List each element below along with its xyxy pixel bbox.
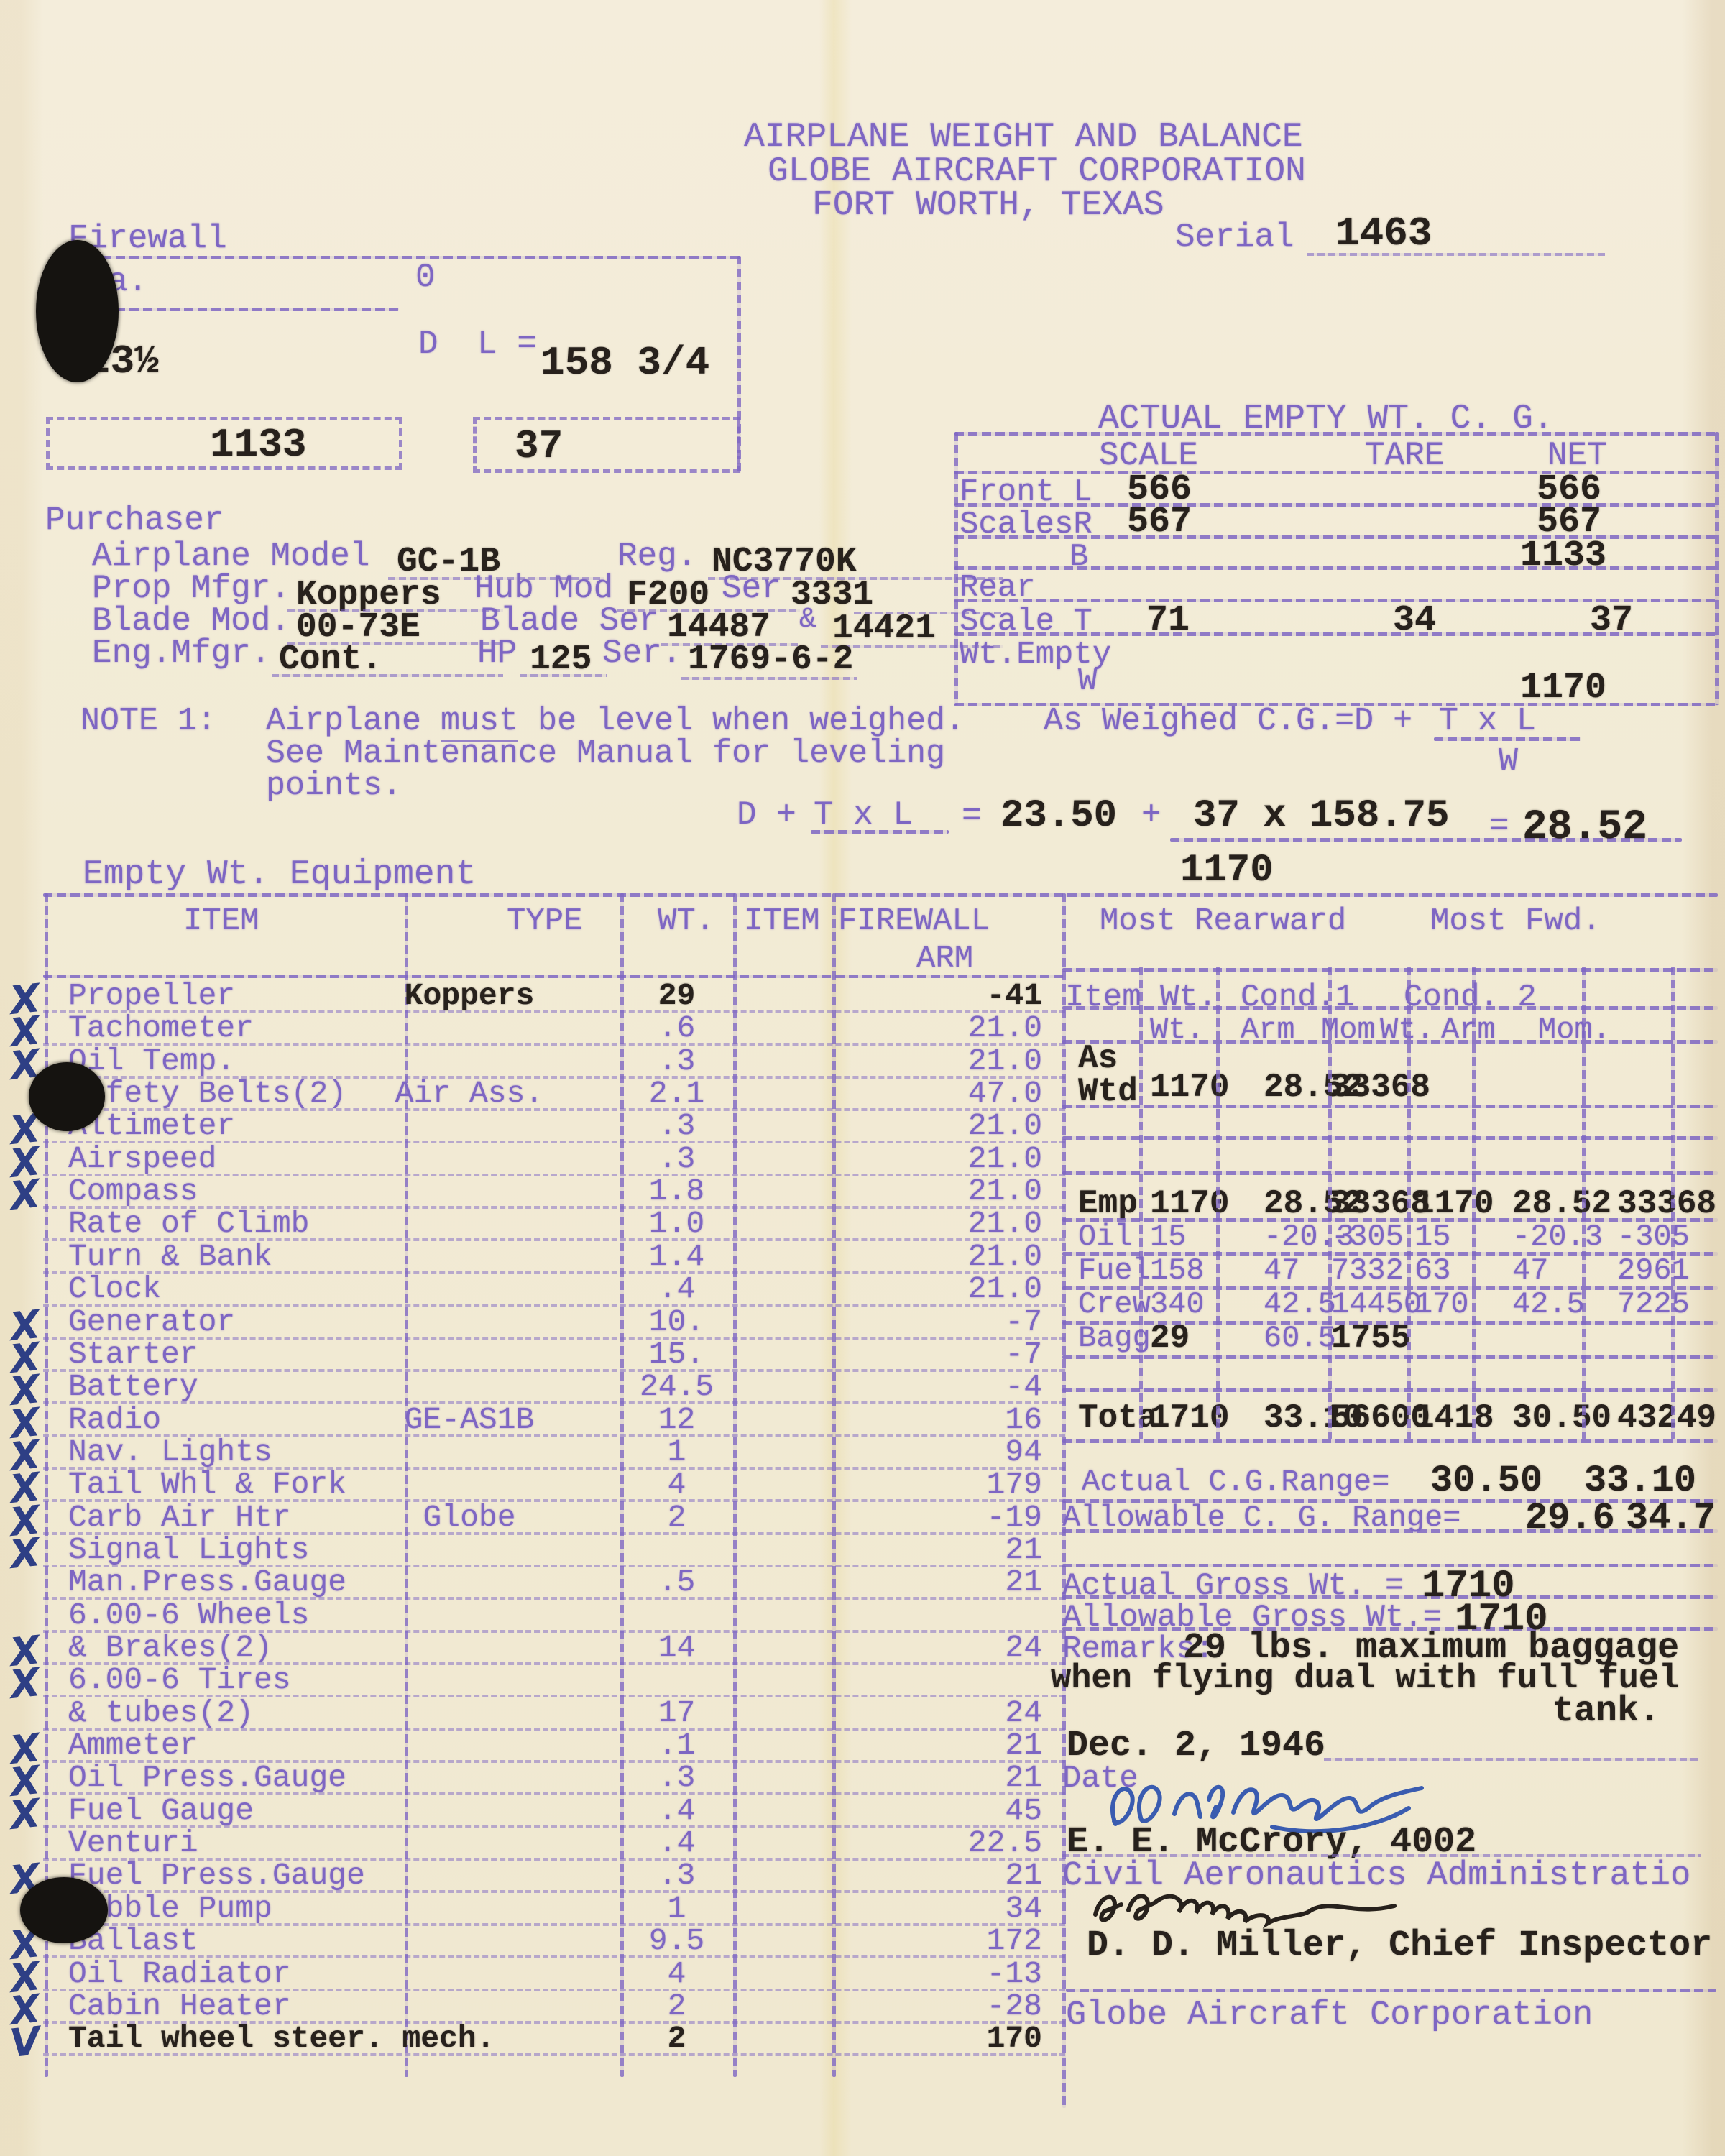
equipment-item: Propeller [68, 980, 235, 1012]
note-line2: See Maintenance Manual for leveling [266, 737, 945, 770]
equipment-row: XTail Whl & Fork4179 [43, 1467, 1065, 1502]
actual-gross-label: Actual Gross Wt. = [1062, 1570, 1404, 1603]
loading-cell: 33368 [1581, 1187, 1716, 1220]
col-scale: SCALE [1099, 438, 1198, 473]
rule [1062, 1388, 1718, 1392]
x-mark: X [8, 1790, 42, 1838]
blade-ser-label: Blade Ser [480, 604, 658, 638]
note-post: be level when weighed. [518, 703, 965, 740]
loading-cell: 63 [1407, 1254, 1450, 1287]
equipment-type: Globe [362, 1501, 577, 1534]
rule [1139, 967, 1143, 1439]
loading-row-label: Fuel [1078, 1254, 1141, 1287]
equipment-row: & tubes(2)1724 [43, 1695, 1065, 1731]
rule [1062, 1171, 1718, 1175]
equipment-firewall-arm: 22.5 [832, 1827, 1071, 1859]
equipment-weight: 4 [620, 1958, 733, 1990]
loading-cell: 29 [1141, 1322, 1190, 1355]
equipment-weight: .3 [620, 1859, 733, 1892]
formula-eq2: = [1489, 809, 1509, 844]
tare-box [473, 417, 740, 473]
equipment-weight: 2 [620, 2022, 733, 2055]
equipment-weight: 15. [620, 1338, 733, 1370]
equipment-row: XAmmeter.121 [43, 1728, 1065, 1763]
equipment-type: Air Ass. [362, 1077, 577, 1110]
loading-cell: 33368 [1328, 1071, 1430, 1104]
equipment-weight: .5 [620, 1566, 733, 1598]
note-line1: Airplane must be level when weighed. [266, 704, 965, 738]
form-title-line1: AIRPLANE WEIGHT AND BALANCE [744, 119, 1303, 155]
loading-row-label: Crew [1078, 1288, 1141, 1321]
loading-cell: 60.5 [1216, 1322, 1336, 1355]
equipment-item: Rate of Climb [68, 1207, 309, 1240]
equipment-item: Safety Belts(2) [68, 1077, 346, 1110]
equipment-item: Oil Press.Gauge [68, 1761, 346, 1794]
check-mark: V [8, 2018, 42, 2066]
equipment-weight: 10. [620, 1306, 733, 1338]
equipment-firewall-arm: 21.0 [832, 1207, 1071, 1240]
row-frontl-label: Front L [960, 476, 1092, 509]
row-scalet-tare: 34 [1393, 602, 1436, 640]
loading-cell: 15 [1141, 1220, 1186, 1253]
rule [681, 677, 857, 680]
equipment-item: Generator [68, 1306, 235, 1338]
equipment-firewall-arm: 21.0 [832, 1175, 1071, 1207]
equipment-weight: .1 [620, 1729, 733, 1761]
equipment-firewall-arm: 34 [832, 1892, 1071, 1925]
rule [1324, 1758, 1698, 1761]
rule [1062, 1218, 1718, 1222]
rule [1062, 1564, 1718, 1567]
equipment-firewall-arm: 179 [832, 1468, 1071, 1501]
equipment-type: Koppers [362, 980, 577, 1012]
row-b-net: 1133 [1520, 538, 1606, 576]
formula-v1: 23.50 [1000, 796, 1117, 837]
airplane-model-label: Airplane Model [92, 539, 369, 573]
rule [811, 830, 949, 834]
allow-cg-1: 29.6 [1525, 1499, 1615, 1539]
footer-company: Globe Aircraft Corporation [1066, 1998, 1593, 2033]
prop-mfgr-label: Prop Mfgr. [92, 571, 290, 606]
equipment-weight: 9.5 [620, 1925, 733, 1957]
actual-cg-1: 30.50 [1430, 1462, 1542, 1501]
rule [1062, 1006, 1718, 1010]
blade-mod-label: Blade Mod. [92, 604, 290, 638]
weight-box-value: 1133 [210, 424, 306, 466]
equipment-item: Cabin Heater [68, 1990, 291, 2022]
equip-header-wt: WT. [658, 905, 714, 938]
equipment-firewall-arm: 21 [832, 1859, 1071, 1892]
note-line3: points. [266, 769, 402, 803]
equipment-firewall-arm: -4 [832, 1370, 1071, 1403]
hole-punch-bottom [20, 1877, 108, 1943]
loading-row-label: Bagg [1078, 1322, 1141, 1355]
x-mark: X [8, 1171, 42, 1219]
equipment-weight: 12 [620, 1404, 733, 1436]
equipment-item: Radio [68, 1404, 161, 1436]
rule [1062, 1040, 1718, 1044]
col-tare: TARE [1365, 438, 1444, 473]
equipment-item: Venturi [68, 1827, 198, 1859]
row-scalet-label: Scale T [960, 605, 1092, 638]
equipment-weight: 29 [620, 980, 733, 1012]
actual-cg-2: 33.10 [1584, 1462, 1696, 1501]
equipment-row: XFuel Press.Gauge.321 [43, 1858, 1065, 1893]
rule [1062, 1105, 1718, 1108]
equipment-weight: 1 [620, 1436, 733, 1468]
equip-header-item: ITEM [183, 905, 259, 938]
equipment-item: Airspeed [68, 1143, 216, 1175]
rule [272, 674, 503, 677]
purchaser-label: Purchaser [45, 503, 224, 538]
equipment-row: XStarter15.-7 [43, 1337, 1065, 1372]
equipment-item: Nav. Lights [68, 1436, 272, 1468]
equipment-row: Clock.421.0 [43, 1271, 1065, 1307]
equipment-firewall-arm: 21 [832, 1729, 1071, 1761]
equipment-firewall-arm: 21.0 [832, 1240, 1071, 1273]
serial-value: 1463 [1335, 213, 1432, 255]
date-value: Dec. 2, 1946 [1067, 1728, 1325, 1766]
note-pre: Airplane [266, 703, 441, 740]
row-scalet-net: 37 [1590, 602, 1633, 640]
loading-cell: 158 [1141, 1254, 1205, 1287]
l-label: L = [477, 327, 537, 361]
equipment-row: XPropellerKoppers29-41 [43, 978, 1065, 1013]
equipment-item: Man.Press.Gauge [68, 1566, 346, 1598]
eng-ser-value: 1769-6-2 [688, 642, 853, 678]
equipment-firewall-arm: -13 [832, 1958, 1071, 1990]
equipment-firewall-arm: 21.0 [832, 1045, 1071, 1077]
rule [1066, 1989, 1716, 1992]
equipment-firewall-arm: -7 [832, 1338, 1071, 1370]
rule [1062, 1321, 1718, 1325]
loading-row: As Wtd117028.5233368 [1078, 1071, 1725, 1105]
equipment-firewall-arm: 45 [832, 1795, 1071, 1827]
reg-label: Reg. [617, 539, 696, 573]
hp-label: HP [477, 636, 517, 671]
col-net: NET [1547, 438, 1607, 473]
equipment-row: XCompass1.821.0 [43, 1174, 1065, 1209]
form-title-line2: GLOBE AIRCRAFT CORPORATION [768, 154, 1306, 190]
row-scalet-scale: 71 [1146, 602, 1190, 640]
actual-cg-label: Actual C.G.Range= [1082, 1466, 1389, 1498]
hole-punch-top [36, 240, 119, 382]
loading-cell: 7332 [1328, 1254, 1404, 1287]
equipment-item: & tubes(2) [68, 1697, 254, 1729]
rule [1062, 1136, 1718, 1140]
equipment-item: Fuel Press.Gauge [68, 1859, 365, 1892]
equipment-weight: 14 [620, 1631, 733, 1664]
hub-mod-label: Hub Mod [474, 571, 613, 606]
equipment-row: X6.00-6 Tires [43, 1662, 1065, 1697]
equip-header-arm: ARM [916, 942, 973, 975]
equipment-row: Turn & Bank1.421.0 [43, 1239, 1065, 1274]
loading-cell: 43249 [1581, 1401, 1716, 1434]
loading-row-label: Emp [1078, 1187, 1141, 1220]
equipment-weight: 17 [620, 1697, 733, 1729]
equipment-item: Compass [68, 1175, 198, 1207]
equipment-weight: .4 [620, 1827, 733, 1859]
equipment-firewall-arm: 94 [832, 1436, 1071, 1468]
note-label: NOTE 1: [80, 704, 216, 738]
equipment-weight: 2 [620, 1990, 733, 2022]
loading-row: Oil15-20.3-30515-20.3-305 [1078, 1220, 1725, 1254]
remarks-line3: tank. [1552, 1693, 1660, 1731]
hole-punch-middle [29, 1062, 105, 1131]
equipment-firewall-arm: -19 [832, 1501, 1071, 1534]
equipment-item: Tail wheel steer. mech. [68, 2022, 495, 2055]
equipment-weight: .3 [620, 1761, 733, 1794]
equipment-row: 6.00-6 Wheels [43, 1598, 1065, 1633]
loading-cell: 47 [1472, 1254, 1548, 1287]
loading-row: Crew34042.51445017042.57225 [1078, 1288, 1725, 1322]
equipment-row: X& Brakes(2)1424 [43, 1630, 1065, 1665]
formula-plus: + [1141, 798, 1161, 832]
sta-value: 0 [415, 260, 436, 295]
equipment-type: GE-AS1B [362, 1404, 577, 1436]
allow-cg-2: 34.7 [1626, 1499, 1716, 1539]
loading-table: Most Rearward Most Fwd. Item Wt. Cond.1 … [1078, 893, 1725, 1468]
formula-den: 1170 [1180, 851, 1274, 892]
equipment-item: Turn & Bank [68, 1240, 272, 1273]
equipment-firewall-arm: 170 [832, 2022, 1071, 2055]
loading-row-label: Tota [1078, 1401, 1141, 1434]
rule [1216, 967, 1220, 1439]
row-w-label: W [1078, 665, 1097, 698]
equipment-firewall-arm: 24 [832, 1697, 1071, 1729]
rule [954, 432, 1718, 436]
equipment-row: XOil Radiator4-13 [43, 1956, 1065, 1991]
loading-row: Fuel15847733263472961 [1078, 1254, 1725, 1288]
rule [61, 256, 740, 259]
rule [1671, 967, 1675, 1439]
formula-num1: T x L [814, 798, 913, 832]
rule [1062, 1252, 1718, 1256]
equipment-row: Wobble Pump134 [43, 1891, 1065, 1926]
equipment-firewall-arm: 172 [832, 1925, 1071, 1957]
eng-mfgr-label: Eng.Mfgr. [92, 636, 270, 671]
equipment-weight: 2 [620, 1501, 733, 1534]
equipment-weight: .4 [620, 1795, 733, 1827]
loading-row: Bagg2960.51755 [1078, 1322, 1725, 1355]
allow-cg-label: Allowable C. G. Range= [1062, 1502, 1461, 1534]
tare-box-value: 37 [515, 425, 563, 468]
equipment-row: XAirspeed.321.0 [43, 1141, 1065, 1176]
loading-row: Tota171033.1056600141830.5043249 [1078, 1401, 1725, 1435]
equipment-weight: 1.4 [620, 1240, 733, 1273]
equipment-item: Battery [68, 1370, 198, 1403]
equipment-row: XSignal Lights21 [43, 1532, 1065, 1567]
equipment-weight: .3 [620, 1110, 733, 1142]
equipment-row: XGenerator10.-7 [43, 1304, 1065, 1340]
equipment-row: XRadioGE-AS1B1216 [43, 1402, 1065, 1437]
equipment-weight: .6 [620, 1012, 733, 1044]
loading-row-label: As Wtd [1078, 1042, 1141, 1108]
row-scalesr-scale: 567 [1127, 504, 1192, 542]
equipment-weight: 2.1 [620, 1077, 733, 1110]
equipment-weight: 1 [620, 1892, 733, 1925]
rule [1062, 968, 1718, 972]
header-most-rearward: Most Rearward [1100, 905, 1346, 938]
equipment-row: XBallast9.5172 [43, 1923, 1065, 1958]
rule [1307, 253, 1605, 256]
eng-ser-label: Ser. [602, 636, 681, 671]
inspector2-name: D. D. Miller, Chief Inspector [1087, 1927, 1712, 1966]
equipment-firewall-arm: -7 [832, 1306, 1071, 1338]
equipment-firewall-arm: 21.0 [832, 1012, 1071, 1044]
rule [1062, 1286, 1718, 1290]
equipment-row: XAltimeter.321.0 [43, 1108, 1065, 1143]
as-weighed: As Weighed C.G.=D + [1044, 704, 1412, 738]
d-label: D [418, 327, 438, 361]
rule [1472, 967, 1476, 1439]
equipment-weight: 1.0 [620, 1207, 733, 1240]
loading-cell: 42.5 [1472, 1288, 1585, 1321]
serial-label: Serial [1175, 220, 1294, 254]
loading-cell: 47 [1216, 1254, 1299, 1287]
header-most-fwd: Most Fwd. [1430, 905, 1601, 938]
formula-eq1: = [962, 799, 982, 834]
equipment-item: Fuel Gauge [68, 1795, 254, 1827]
weight-and-balance-form: AIRPLANE WEIGHT AND BALANCE GLOBE AIRCRA… [0, 0, 1725, 2156]
formula-result: 28.52 [1522, 806, 1647, 850]
equipment-row: Safety Belts(2)Air Ass.2.147.0 [43, 1076, 1065, 1111]
rule [520, 674, 607, 677]
equipment-item: 6.00-6 Tires [68, 1664, 291, 1696]
rule [1062, 1355, 1718, 1359]
equipment-firewall-arm: 16 [832, 1404, 1071, 1436]
equipment-item: Signal Lights [68, 1534, 309, 1566]
rule [1328, 967, 1332, 1439]
equipment-item: 6.00-6 Wheels [68, 1599, 309, 1631]
equipment-row: XCabin Heater2-28 [43, 1989, 1065, 2024]
row-b-label: B [1069, 540, 1088, 573]
equip-header-type: TYPE [507, 905, 583, 938]
equipment-item: Oil Radiator [68, 1958, 291, 1990]
equipment-firewall-arm: -28 [832, 1990, 1071, 2022]
l-value: 158 3/4 [540, 342, 709, 384]
equipment-weight: .4 [620, 1273, 733, 1305]
formula-d: D + [737, 798, 796, 832]
equipment-row: XFuel Gauge.445 [43, 1793, 1065, 1828]
equipment-firewall-arm: 21.0 [832, 1110, 1071, 1142]
equipment-item: Tail Whl & Fork [68, 1468, 346, 1501]
equipment-weight: 24.5 [620, 1370, 733, 1403]
equipment-row: XOil Press.Gauge.321 [43, 1760, 1065, 1795]
equipment-row: XTachometer.621.0 [43, 1010, 1065, 1046]
equipment-firewall-arm: 21 [832, 1566, 1071, 1598]
loading-cell: 42.5 [1216, 1288, 1336, 1321]
equip-header-item2: ITEM [744, 905, 820, 938]
eng-mfgr-value: Cont. [279, 642, 382, 678]
equipment-row: XBattery24.5-4 [43, 1369, 1065, 1404]
hub-ser-label: Ser [722, 571, 781, 606]
equipment-weight: .3 [620, 1045, 733, 1077]
equipment-section-title: Empty Wt. Equipment [83, 857, 476, 893]
equipment-item: Carb Air Htr [68, 1501, 291, 1534]
equipment-firewall-arm: 21 [832, 1534, 1071, 1566]
rule [954, 432, 958, 705]
note-frac-den: W [1499, 745, 1518, 778]
equipment-row: Man.Press.Gauge.521 [43, 1565, 1065, 1600]
loading-cell: 170 [1407, 1288, 1469, 1321]
x-mark: X [8, 1529, 42, 1577]
rule [1407, 967, 1411, 1439]
equipment-item: & Brakes(2) [68, 1631, 272, 1664]
rule [1062, 1439, 1718, 1443]
equipment-row: Venturi.422.5 [43, 1825, 1065, 1861]
loading-cell: 15 [1407, 1220, 1450, 1253]
blade-ser-amp: & [799, 605, 816, 635]
x-mark: X [8, 1659, 42, 1708]
row-scalesr-label: ScalesR [960, 508, 1092, 541]
equipment-row: XCarb Air HtrGlobe2-19 [43, 1500, 1065, 1535]
equipment-firewall-arm: 24 [832, 1631, 1071, 1664]
equip-header-firewall: FIREWALL [838, 905, 990, 938]
row-w-net: 1170 [1520, 670, 1606, 708]
equipment-row: VTail wheel steer. mech.2170 [43, 2021, 1065, 2056]
loading-cell: 1755 [1328, 1322, 1410, 1355]
equipment-row: Rate of Climb1.021.0 [43, 1206, 1065, 1241]
equipment-item: Tachometer [68, 1012, 254, 1044]
rule [1434, 737, 1581, 741]
equipment-weight: 1.8 [620, 1175, 733, 1207]
rule [1582, 967, 1586, 1439]
equipment-firewall-arm: 47.0 [832, 1077, 1071, 1110]
hp-value: 125 [530, 642, 592, 678]
equipment-item: Clock [68, 1273, 161, 1305]
row-rear-label: Rear [960, 571, 1036, 604]
equipment-item: Ammeter [68, 1729, 198, 1761]
formula-num2: 37 x 158.75 [1193, 796, 1449, 837]
note-frac-num: T x L [1439, 704, 1536, 738]
rule [1715, 432, 1719, 705]
equipment-table: ITEM TYPE WT. ITEM FIREWALL ARM XPropell… [43, 893, 1065, 2086]
form-title-line3: FORT WORTH, TEXAS [812, 188, 1164, 224]
equipment-row: XNav. Lights194 [43, 1434, 1065, 1470]
equipment-weight: 4 [620, 1468, 733, 1501]
equipment-row: XOil Temp..321.0 [43, 1044, 1065, 1079]
loading-row: Emp117028.5233368117028.5233368 [1078, 1187, 1725, 1221]
loading-cell: -305 [1328, 1220, 1404, 1253]
equipment-weight: .3 [620, 1143, 733, 1175]
equipment-item: Starter [68, 1338, 198, 1370]
equipment-firewall-arm: 21 [832, 1761, 1071, 1794]
loading-cell: 340 [1141, 1288, 1205, 1321]
equipment-firewall-arm: 21.0 [832, 1143, 1071, 1175]
loading-row-label: Oil [1078, 1220, 1141, 1253]
equipment-firewall-arm: 21.0 [832, 1273, 1071, 1305]
